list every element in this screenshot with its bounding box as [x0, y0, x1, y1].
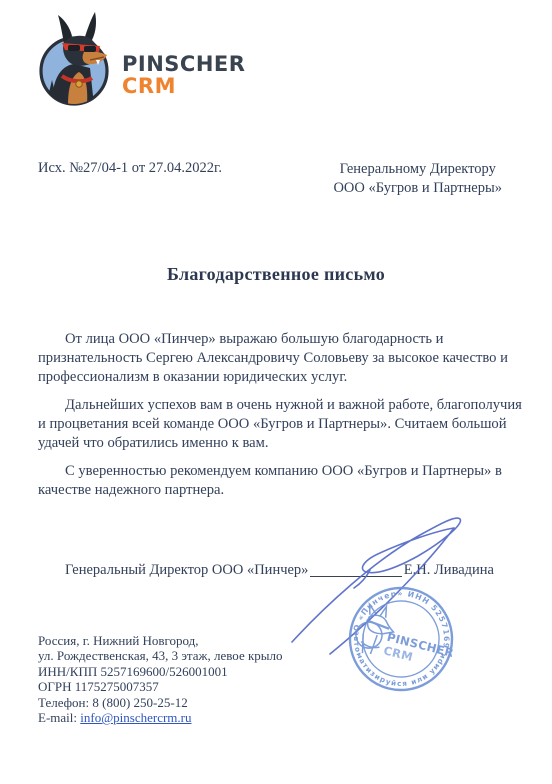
footer-line-street: ул. Рождественская, 43, 3 этаж, левое кр… [38, 648, 283, 663]
logo-wordmark: PINSCHER CRM [122, 53, 245, 97]
signer-title: Генеральный Директор ООО «Пинчер» [65, 562, 308, 579]
company-logo: PINSCHER CRM [38, 10, 245, 112]
footer-line-phone: Телефон: 8 (800) 250-25-12 [38, 695, 283, 710]
logo-text-pinscher: PINSCHER [122, 53, 245, 75]
footer-contacts: Россия, г. Нижний Новгород, ул. Рождеств… [38, 633, 283, 725]
paragraph-2: Дальнейших успехов вам в очень нужной и … [38, 396, 530, 453]
email-link[interactable]: info@pinschercrm.ru [80, 710, 191, 725]
footer-line-email: E-mail: info@pinschercrm.ru [38, 710, 283, 725]
addressee-block: Генеральному Директору ООО «Бугров и Пар… [333, 160, 502, 198]
footer-line-city: Россия, г. Нижний Новгород, [38, 633, 283, 648]
email-label: E-mail: [38, 710, 80, 725]
outgoing-number: Исх. №27/04-1 от 27.04.2022г. [38, 160, 222, 198]
addressee-line1: Генеральному Директору [333, 160, 502, 179]
pinscher-dog-icon [38, 10, 116, 112]
company-stamp: ООО «Пинчер» ИНН 5257169600 автоматизиру… [329, 567, 473, 711]
addressee-line2: ООО «Бугров и Партнеры» [333, 179, 502, 198]
footer-line-inn-kpp: ИНН/КПП 5257169600/526001001 [38, 664, 283, 679]
paragraph-3: С уверенностью рекомендуем компанию ООО … [38, 462, 530, 500]
letter-title: Благодарственное письмо [0, 264, 552, 285]
reference-row: Исх. №27/04-1 от 27.04.2022г. Генерально… [38, 160, 502, 198]
logo-text-crm: CRM [122, 75, 245, 97]
footer-line-ogrn: ОГРН 1175275007357 [38, 679, 283, 694]
letter-body: От лица ООО «Пинчер» выражаю большую бла… [38, 330, 530, 509]
letter-page: PINSCHER CRM Исх. №27/04-1 от 27.04.2022… [0, 0, 552, 784]
paragraph-1: От лица ООО «Пинчер» выражаю большую бла… [38, 330, 530, 387]
